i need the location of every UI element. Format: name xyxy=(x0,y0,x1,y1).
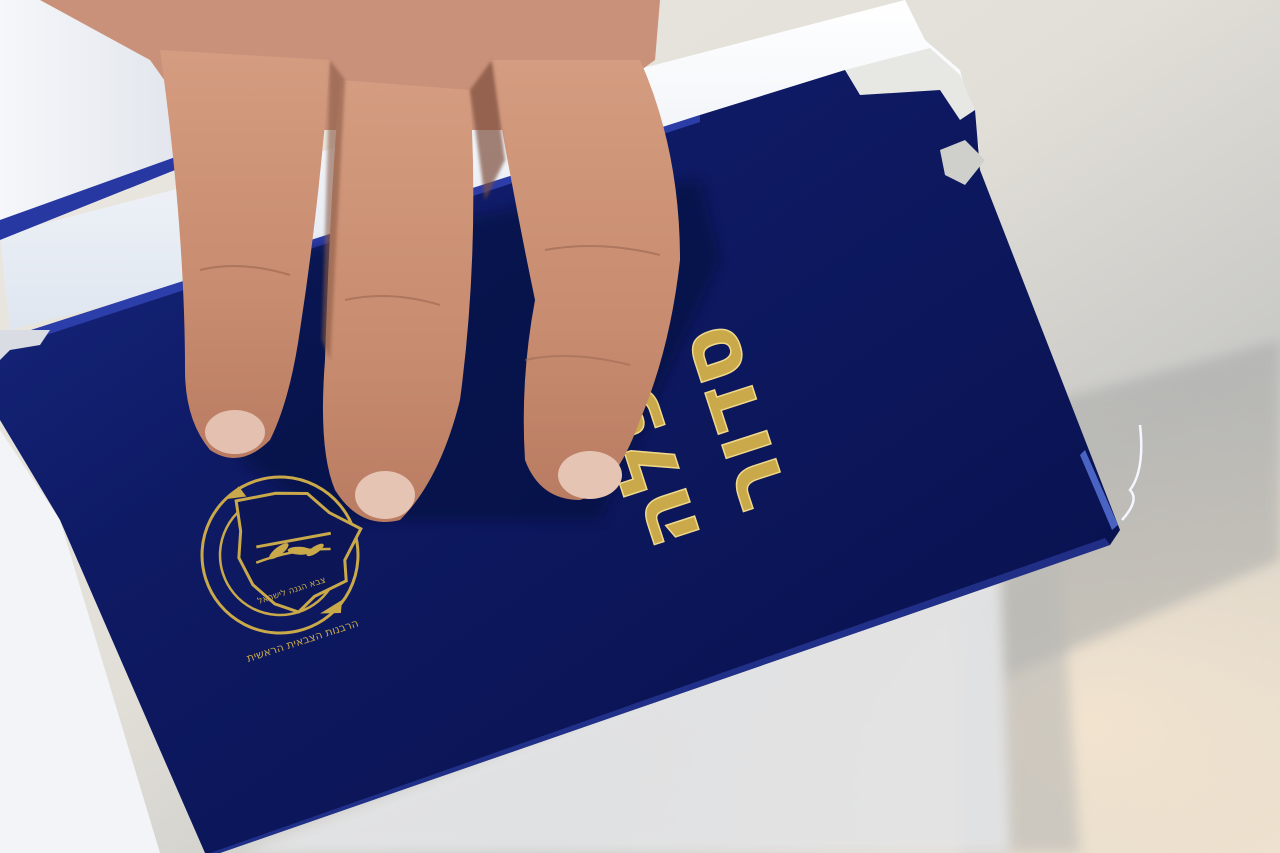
fingernail-ring xyxy=(558,451,622,499)
photo-canvas: סדור תפלה צבא הגנה לישראל הרבנות הצבאית … xyxy=(0,0,1280,853)
photo-scene: סדור תפלה צבא הגנה לישראל הרבנות הצבאית … xyxy=(0,0,1280,853)
fingernail-index xyxy=(205,410,265,454)
fingernail-middle xyxy=(355,471,415,519)
